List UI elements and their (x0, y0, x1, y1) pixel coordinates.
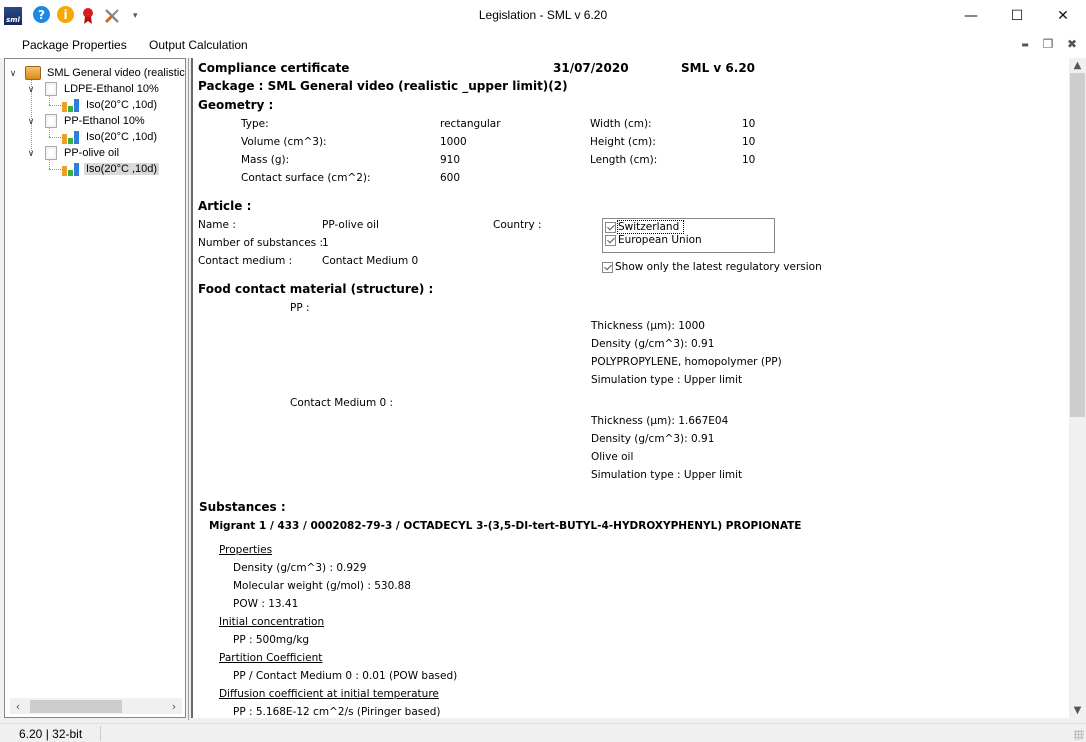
bar-chart-icon (62, 162, 80, 176)
maximize-icon: ☐ (1011, 8, 1024, 24)
layer-property: Thickness (µm): 1.667E04 (591, 415, 728, 427)
layer-name: Contact Medium 0 : (290, 397, 393, 409)
layer-property: Thickness (µm): 1000 (591, 320, 705, 332)
bar-chart-icon (62, 98, 80, 112)
report-date: 31/07/2020 (553, 61, 629, 75)
checkbox-checked-icon[interactable] (602, 262, 613, 273)
section-partition-coefficient: Partition Coefficient (219, 652, 322, 664)
scroll-left-icon[interactable]: ‹ (10, 698, 26, 714)
layer-property: POLYPROPYLENE, homopolymer (PP) (591, 356, 782, 368)
layer-property: Density (g/cm^3): 0.91 (591, 338, 714, 350)
scroll-up-icon[interactable]: ▲ (1069, 58, 1086, 73)
layer-property: Density (g/cm^3): 0.91 (591, 433, 714, 445)
maximize-button[interactable]: ☐ (994, 0, 1040, 32)
package-tree[interactable]: ∨ SML General video (realistic ∨ LDPE-Et… (4, 58, 186, 718)
help-icon[interactable]: ? (33, 6, 50, 23)
close-button[interactable]: ✕ (1040, 0, 1086, 32)
minimize-icon: — (964, 8, 978, 24)
layer-property: Olive oil (591, 451, 633, 463)
scrollbar-thumb[interactable] (30, 700, 122, 713)
tree-item-iso-result[interactable]: Iso(20°C ,10d) (62, 97, 159, 113)
geometry-value: 10 (742, 118, 755, 130)
scroll-right-icon[interactable]: › (166, 698, 182, 714)
chevron-down-icon[interactable]: ∨ (25, 116, 37, 127)
tree-item-pp-olive-oil[interactable]: ∨ PP-olive oil (25, 145, 121, 161)
article-value: 1 (322, 237, 329, 249)
geometry-value: 1000 (440, 136, 467, 148)
bar-chart-icon (62, 130, 80, 144)
article-value: Contact Medium 0 (322, 255, 418, 267)
geometry-label: Width (cm): (590, 118, 652, 130)
mdi-restore-button[interactable]: ❐ (1040, 36, 1056, 52)
scroll-down-icon[interactable]: ▼ (1069, 703, 1086, 718)
property-line: POW : 13.41 (233, 598, 298, 610)
section-diffusion-coefficient: Diffusion coefficient at initial tempera… (219, 688, 439, 700)
article-label: Name : (198, 219, 236, 231)
property-line: PP : 5.168E-12 cm^2/s (Piringer based) (233, 706, 440, 718)
minimize-button[interactable]: — (948, 0, 994, 32)
minimize-icon: ▬ (1021, 40, 1029, 49)
geometry-label: Volume (cm^3): (241, 136, 327, 148)
tree-item-iso-result-selected[interactable]: Iso(20°C ,10d) (62, 161, 159, 177)
resize-grip-icon[interactable] (1074, 730, 1084, 740)
scrollbar-thumb[interactable] (1070, 73, 1085, 417)
package-icon (25, 66, 41, 80)
report-title: Compliance certificate (198, 61, 349, 75)
geometry-label: Contact surface (cm^2): (241, 172, 371, 184)
geometry-value: 10 (742, 136, 755, 148)
property-line: Molecular weight (g/mol) : 530.88 (233, 580, 411, 592)
checkbox-checked-icon[interactable] (605, 235, 616, 246)
status-version: 6.20 | 32-bit (19, 727, 82, 741)
tree-item-pp-ethanol[interactable]: ∨ PP-Ethanol 10% (25, 113, 147, 129)
property-line: PP / Contact Medium 0 : 0.01 (POW based) (233, 670, 457, 682)
layer-name: PP : (290, 302, 310, 314)
property-line: Density (g/cm^3) : 0.929 (233, 562, 366, 574)
mdi-close-button[interactable]: ✖ (1064, 36, 1080, 52)
geometry-heading: Geometry : (198, 98, 273, 112)
app-logo-icon: sml (4, 7, 22, 25)
restore-icon: ❐ (1043, 37, 1054, 51)
article-label: Contact medium : (198, 255, 292, 267)
country-european-union[interactable]: European Union (605, 234, 702, 246)
layer-property: Simulation type : Upper limit (591, 374, 742, 386)
document-icon (45, 82, 57, 96)
status-divider (100, 726, 101, 741)
menu-bar: Package Properties Output Calculation (0, 32, 1086, 58)
geometry-value: rectangular (440, 118, 501, 130)
menu-package-properties[interactable]: Package Properties (22, 38, 127, 52)
latest-version-checkbox[interactable]: Show only the latest regulatory version (602, 261, 822, 273)
country-label: Country : (493, 219, 542, 231)
geometry-label: Mass (g): (241, 154, 289, 166)
report-version: SML v 6.20 (681, 61, 755, 75)
tree-item-package[interactable]: ∨ SML General video (realistic (7, 65, 187, 81)
menu-output-calculation[interactable]: Output Calculation (149, 38, 248, 52)
geometry-value: 600 (440, 172, 460, 184)
package-name: Package : SML General video (realistic _… (198, 79, 568, 93)
layer-property: Simulation type : Upper limit (591, 469, 742, 481)
tools-icon[interactable] (103, 6, 121, 26)
geometry-value: 910 (440, 154, 460, 166)
chevron-down-icon[interactable]: ∨ (25, 84, 37, 95)
award-ribbon-icon[interactable] (81, 6, 95, 26)
geometry-value: 10 (742, 154, 755, 166)
country-switzerland[interactable]: Switzerland (605, 221, 683, 233)
tree-item-iso-result[interactable]: Iso(20°C ,10d) (62, 129, 159, 145)
certificate-report: Compliance certificate 31/07/2020 SML v … (191, 58, 1070, 718)
info-icon[interactable]: i (57, 6, 74, 23)
migrant-title: Migrant 1 / 433 / 0002082-79-3 / OCTADEC… (209, 520, 801, 532)
mdi-minimize-button[interactable]: ▬ (1017, 36, 1033, 52)
chevron-down-icon[interactable]: ∨ (7, 68, 19, 79)
title-bar: sml ? i ▾ Legislation - SML v 6.20 — ☐ ✕ (0, 0, 1086, 32)
fcm-heading: Food contact material (structure) : (198, 282, 433, 296)
article-value: PP-olive oil (322, 219, 379, 231)
substances-heading: Substances : (199, 500, 286, 514)
report-vertical-scrollbar[interactable]: ▲ ▼ (1069, 58, 1086, 718)
document-icon (45, 146, 57, 160)
country-checklist[interactable]: Switzerland European Union (602, 218, 775, 253)
chevron-down-icon[interactable]: ∨ (25, 148, 37, 159)
customize-dropdown-icon[interactable]: ▾ (133, 6, 138, 26)
status-bar: 6.20 | 32-bit (0, 723, 1086, 742)
window-title: Legislation - SML v 6.20 (0, 8, 1086, 22)
section-properties: Properties (219, 544, 272, 556)
tree-item-ldpe-ethanol[interactable]: ∨ LDPE-Ethanol 10% (25, 81, 161, 97)
document-icon (45, 114, 57, 128)
article-heading: Article : (198, 199, 251, 213)
geometry-label: Length (cm): (590, 154, 657, 166)
close-icon: ✖ (1067, 37, 1077, 51)
section-initial-concentration: Initial concentration (219, 616, 324, 628)
checkbox-checked-icon[interactable] (605, 222, 616, 233)
property-line: PP : 500mg/kg (233, 634, 309, 646)
geometry-label: Type: (241, 118, 269, 130)
tree-horizontal-scrollbar[interactable]: ‹ › (10, 698, 182, 714)
close-icon: ✕ (1057, 8, 1069, 24)
article-label: Number of substances : (198, 237, 323, 249)
geometry-label: Height (cm): (590, 136, 656, 148)
